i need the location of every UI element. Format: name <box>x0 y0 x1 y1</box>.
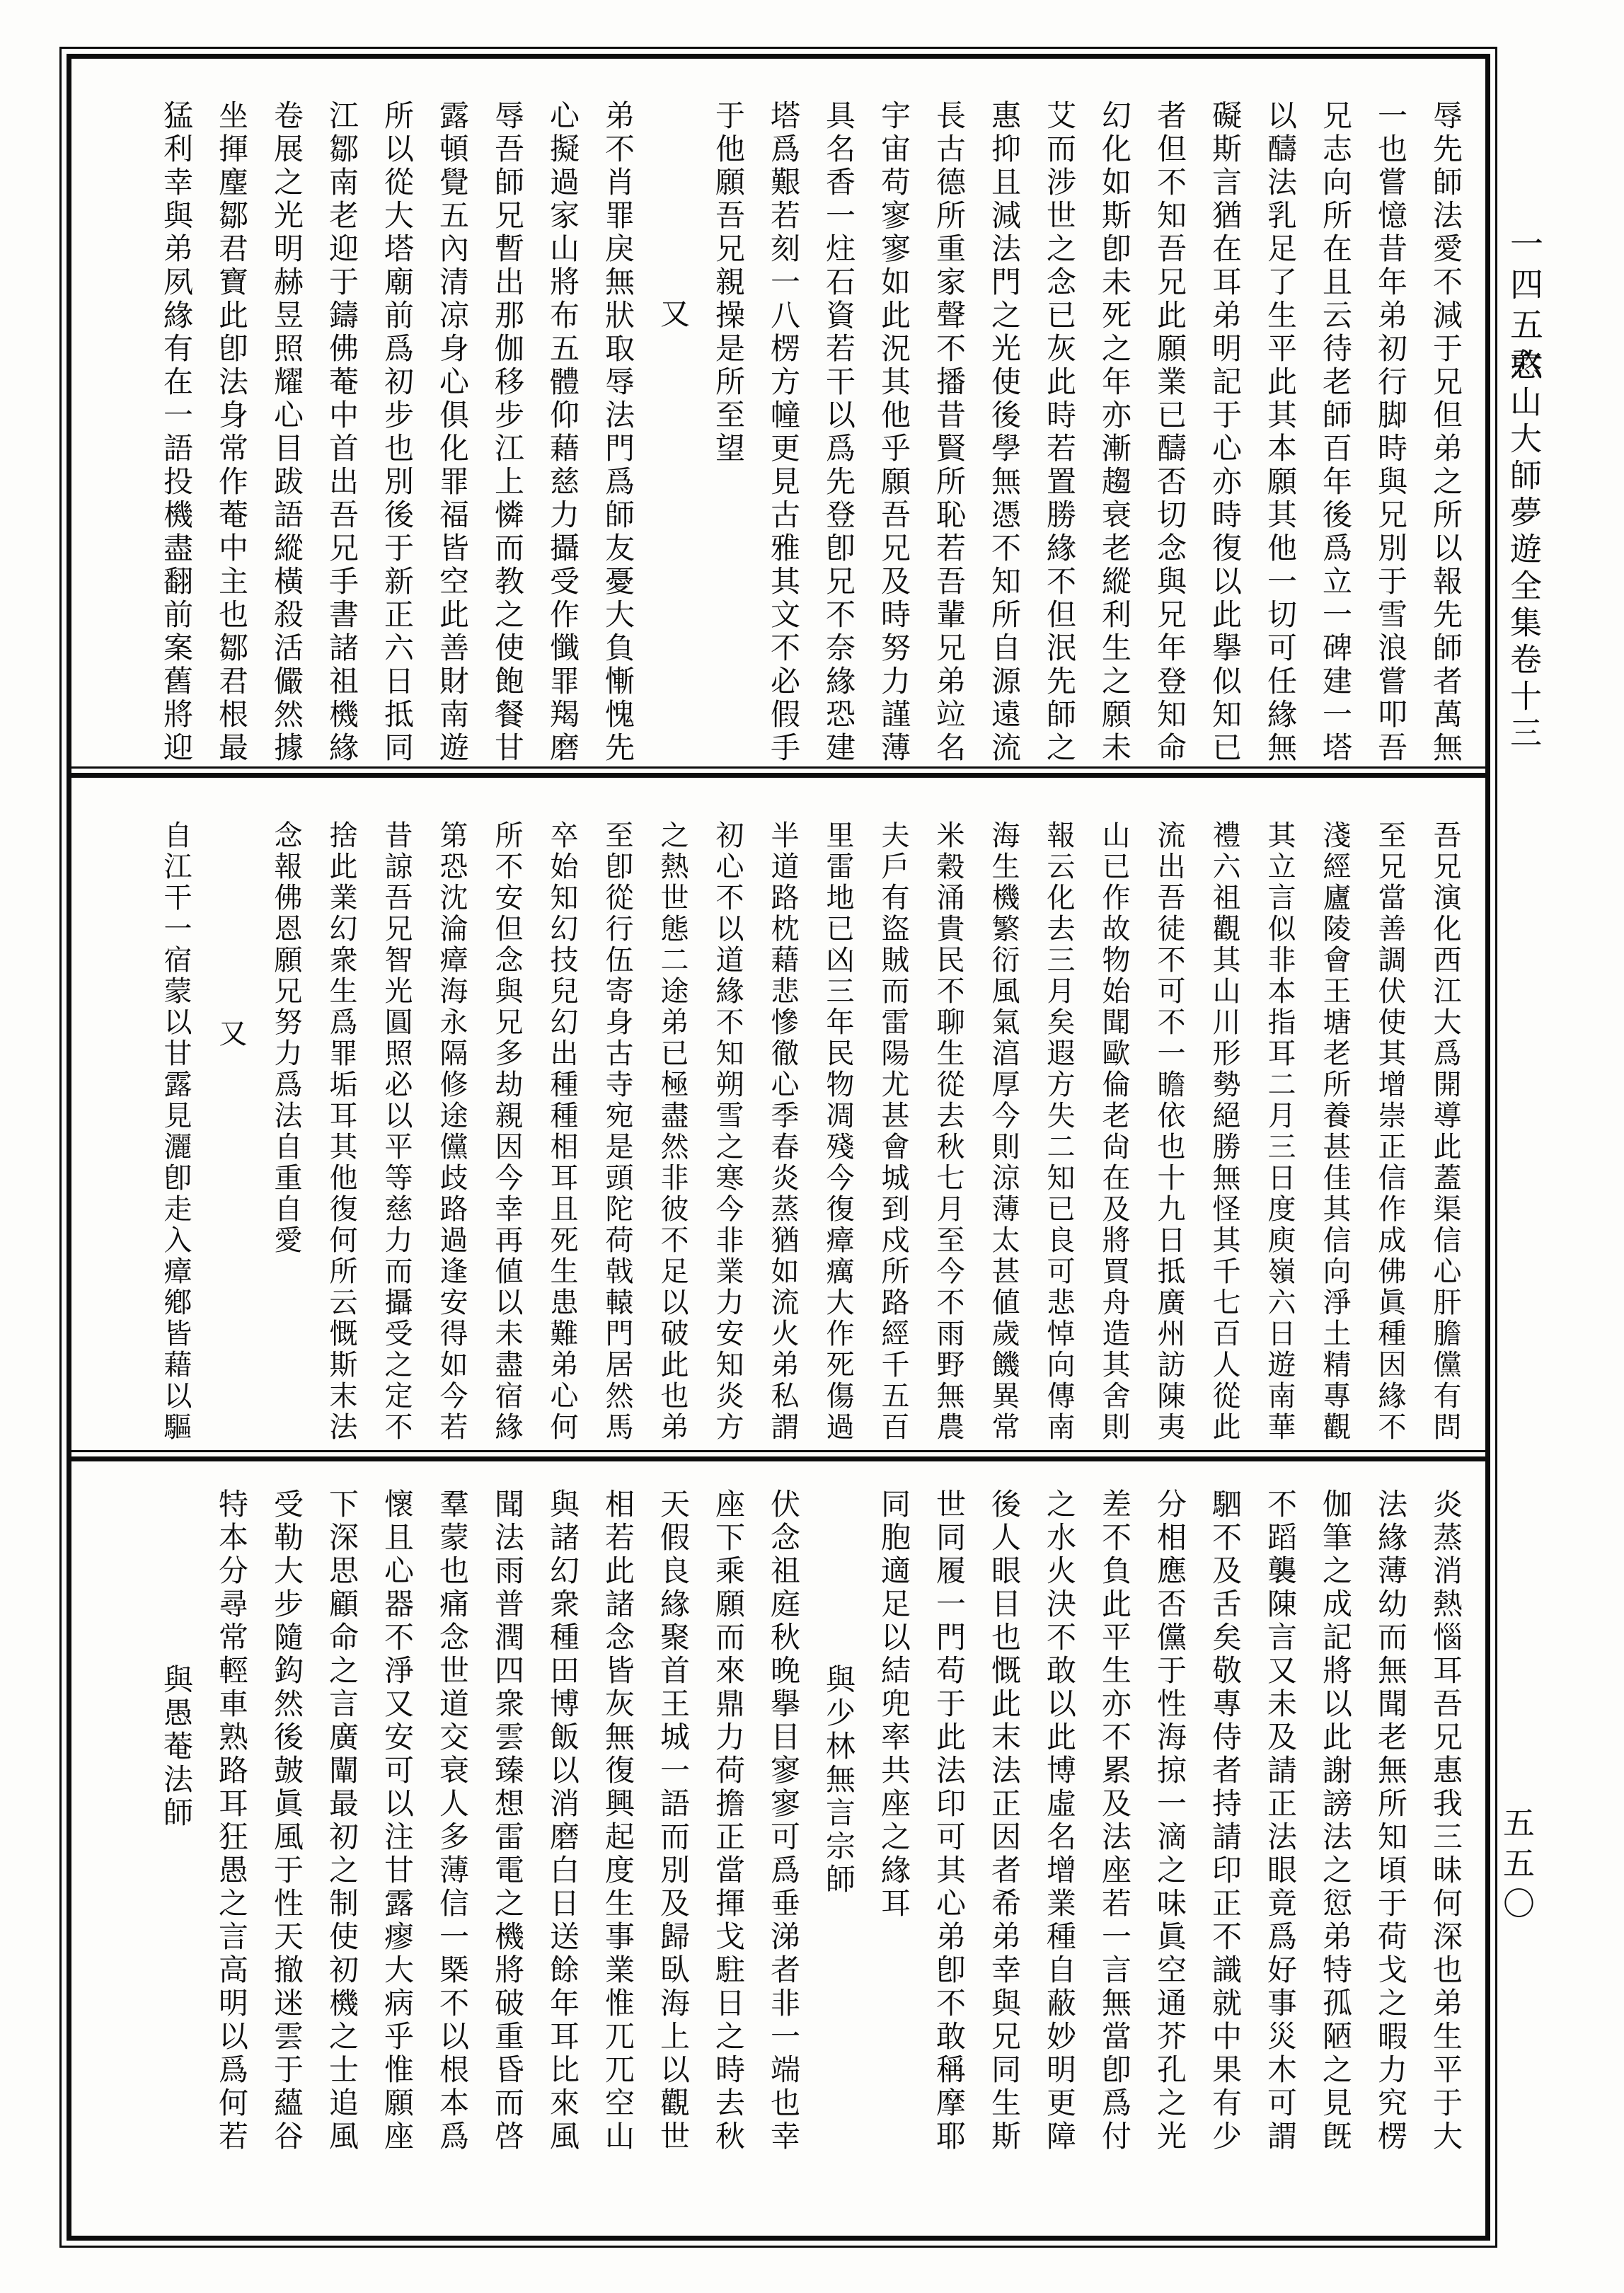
text-column: 坐揮麈鄒君寶此卽法身常作菴中主也鄒君根最 <box>203 100 258 766</box>
band-divider <box>71 766 1485 778</box>
text-column: 淺經廬陵會王塘老所養甚佳其信向淨土精專觀 <box>1307 820 1362 1450</box>
text-column: 米穀涌貴民不聊生從去秋七月至今不雨野無農 <box>921 820 976 1450</box>
text-column: 露頓覺五內清凉身心俱化罪福皆空此善財南遊 <box>424 100 479 766</box>
text-column: 同胞適足以結兜率共座之緣耳 <box>865 1488 921 2236</box>
text-column: 流出吾徒不可不一瞻依也十九日抵廣州訪陳夷 <box>1141 820 1197 1450</box>
text-column: 天假良緣聚首王城一語而別及歸臥海上以觀世 <box>645 1488 700 2236</box>
text-column: 卒始知幻技兒幻出種種相耳且死生患難弟心何 <box>534 820 589 1450</box>
text-column: 弟不肖罪戾無狀取辱法門爲師友憂大負慚愧先 <box>589 100 645 766</box>
text-column: 念報佛恩願兄努力爲法自重自愛 <box>258 820 313 1450</box>
volume-title: 憨山大師夢遊全集卷十三 <box>1500 348 1546 753</box>
book-page: 一四五六 憨山大師夢遊全集卷十三 五五〇 辱先師法愛不減于兄但弟之所以報先師者萬… <box>0 0 1624 2293</box>
section-marker: 又 <box>645 100 700 766</box>
text-column: 具名香一炷石資若干以爲先登卽兄不奈緣恐建 <box>810 100 865 766</box>
text-column: 炎蒸消熱惱耳吾兄惠我三昧何深也弟生平于大 <box>1417 1488 1473 2236</box>
text-column: 特本分尋常輕車熟路耳狂愚之言高明以爲何若 <box>203 1488 258 2236</box>
text-column: 惠抑且減法門之光使後學無憑不知所自源遠流 <box>976 100 1031 766</box>
page-frame: 辱先師法愛不減于兄但弟之所以報先師者萬無一也嘗憶昔年弟初行脚時與兄別于雪浪嘗叩吾… <box>67 54 1490 2241</box>
text-column: 駟不及舌矣敬專侍者持請印正不識就中果有少 <box>1197 1488 1252 2236</box>
text-column: 法緣薄幼而無聞老無所知頃于荷戈之暇力究楞 <box>1362 1488 1417 2236</box>
letter-heading: 與少林無言宗師 <box>810 1488 865 2236</box>
text-column: 第恐沈淪瘴海永隔修途儻歧路過逢安得如今若 <box>424 820 479 1450</box>
text-column: 海生機繁衍風氣湻厚今則涼薄太甚値歲饑異常 <box>976 820 1031 1450</box>
text-column: 之水火決不敢以此博虛名增業種自蔽妙明更障 <box>1031 1488 1086 2236</box>
text-column: 禮六祖觀其山川形勢絕勝無怪其千七百人從此 <box>1197 820 1252 1450</box>
text-column: 辱吾師兄暫出那伽移步江上憐而教之使飽餐甘 <box>479 100 534 766</box>
text-column: 下深思顧命之言廣闡最初之制使初機之士追風 <box>313 1488 369 2236</box>
text-column: 心擬過家山將布五體仰藉慈力攝受作懺罪羯磨 <box>534 100 589 766</box>
text-column: 幻化如斯卽未死之年亦漸趨衰老縱利生之願未 <box>1086 100 1141 766</box>
text-column: 世同履一門苟于此法印可其心弟卽不敢稱摩耶 <box>921 1488 976 2236</box>
text-column: 長古德所重家聲不播昔賢所恥若吾輩兄弟竝名 <box>921 100 976 766</box>
text-column: 伏念祖庭秋晚擧目寥寥可爲垂涕者非一端也幸 <box>755 1488 810 2236</box>
text-band-3: 炎蒸消熱惱耳吾兄惠我三昧何深也弟生平于大法緣薄幼而無聞老無所知頃于荷戈之暇力究楞… <box>71 1461 1485 2236</box>
text-column: 後人眼目也慨此末法正因者希弟幸與兄同生斯 <box>976 1488 1031 2236</box>
text-column: 者但不知吾兄此願業已醻否切念與兄年登知命 <box>1141 100 1197 766</box>
text-column: 夫戶有盜賊而雷陽尤甚會城到戍所路經千五百 <box>865 820 921 1450</box>
text-column: 相若此諸念皆灰無復興起度生事業惟兀兀空山 <box>589 1488 645 2236</box>
text-column: 辱先師法愛不減于兄但弟之所以報先師者萬無 <box>1417 100 1473 766</box>
band-divider <box>71 1450 1485 1461</box>
text-column: 礙斯言猶在耳弟明記于心亦時復以此擧似知已 <box>1197 100 1252 766</box>
letter-heading: 與愚菴法師 <box>148 1488 203 2236</box>
text-column: 以醻法乳足了生平此其本願其他一切可任緣無 <box>1252 100 1307 766</box>
text-column: 艾而涉世之念已灰此時若置勝緣不但泯先師之 <box>1031 100 1086 766</box>
text-column: 不蹈襲陳言又未及請正法眼竟爲好事災木可謂 <box>1252 1488 1307 2236</box>
text-column: 塔爲艱若刻一八楞方幢更見古雅其文不必假手 <box>755 100 810 766</box>
text-column: 江鄒南老迎于鑄佛菴中首出吾兄手書諸祖機緣 <box>313 100 369 766</box>
text-column: 所不安但念與兄多劫親因今幸再値以未盡宿緣 <box>479 820 534 1450</box>
text-column: 兄志向所在且云待老師百年後爲立一碑建一塔 <box>1307 100 1362 766</box>
text-column: 羣蒙也痛念世道交衰人多薄信一槩不以根本爲 <box>424 1488 479 2236</box>
text-column: 捨此業幻衆生爲罪垢耳其他復何所云慨斯末法 <box>313 820 369 1450</box>
text-column: 伽筆之成記將以此謝謗法之愆弟特孤陋之見旣 <box>1307 1488 1362 2236</box>
text-column: 于他願吾兄親操是所至望 <box>700 100 755 766</box>
text-column: 至兄當善調伏使其增崇正信作成佛眞種因緣不 <box>1362 820 1417 1450</box>
text-column: 與諸幻衆種田博飯以消磨白日送餘年耳比來風 <box>534 1488 589 2236</box>
text-column: 宇宙苟寥寥如此況其他乎願吾兄及時努力謹薄 <box>865 100 921 766</box>
text-column: 山已作故物始聞歐倫老尙在及將買舟造其舍則 <box>1086 820 1141 1450</box>
text-column: 座下乘願而來鼎力荷擔正當揮戈駐日之時去秋 <box>700 1488 755 2236</box>
text-column: 自江干一宿蒙以甘露見灑卽走入瘴鄕皆藉以驅 <box>148 820 203 1450</box>
text-column: 昔諒吾兄智光圓照必以平等慈力而攝受之定不 <box>369 820 424 1450</box>
text-column: 受勒大步隨鈎然後皷眞風于性天撤迷雲于蘊谷 <box>258 1488 313 2236</box>
text-column: 所以從大塔廟前爲初步也別後于新正六日抵同 <box>369 100 424 766</box>
text-column: 分相應否儻于性海掠一滴之味眞空通芥孔之光 <box>1141 1488 1197 2236</box>
text-column: 里雷地已凶三年民物凋殘今復瘴癘大作死傷過 <box>810 820 865 1450</box>
text-column: 其立言似非本指耳二月三日度庾嶺六日遊南華 <box>1252 820 1307 1450</box>
text-column: 懷且心器不淨又安可以注甘露瘳大病乎惟願座 <box>369 1488 424 2236</box>
text-column: 卷展之光明赫昱照耀心目跋語縱橫殺活儼然據 <box>258 100 313 766</box>
text-band-1: 辱先師法愛不減于兄但弟之所以報先師者萬無一也嘗憶昔年弟初行脚時與兄別于雪浪嘗叩吾… <box>71 59 1485 766</box>
text-band-2: 吾兄演化西江大爲開導此蓋渠信心肝膽儻有問至兄當善調伏使其增崇正信作成佛眞種因緣不… <box>71 778 1485 1450</box>
text-column: 聞法雨普潤四衆雲臻想雷電之機將破重昏而啓 <box>479 1488 534 2236</box>
text-column: 報云化去三月矣遐方失二知已良可悲悼向傳南 <box>1031 820 1086 1450</box>
text-column: 至卽從行伍寄身古寺宛是頭陀荷戟轅門居然馬 <box>589 820 645 1450</box>
text-column: 初心不以道緣不知朔雪之寒今非業力安知炎方 <box>700 820 755 1450</box>
section-marker: 又 <box>203 820 258 1450</box>
text-column: 半道路枕藉悲慘徹心季春炎蒸猶如流火弟私謂 <box>755 820 810 1450</box>
text-column: 之熱世態二途弟已極盡然非彼不足以破此也弟 <box>645 820 700 1450</box>
text-column: 一也嘗憶昔年弟初行脚時與兄別于雪浪嘗叩吾 <box>1362 100 1417 766</box>
text-column: 差不負此平生亦不累及法座若一言無當卽爲付 <box>1086 1488 1141 2236</box>
page-number: 五五〇 <box>1493 1806 1539 1927</box>
text-column: 吾兄演化西江大爲開導此蓋渠信心肝膽儻有問 <box>1417 820 1473 1450</box>
text-column: 猛利幸與弟夙緣有在一語投機盡翻前案舊將迎 <box>148 100 203 766</box>
